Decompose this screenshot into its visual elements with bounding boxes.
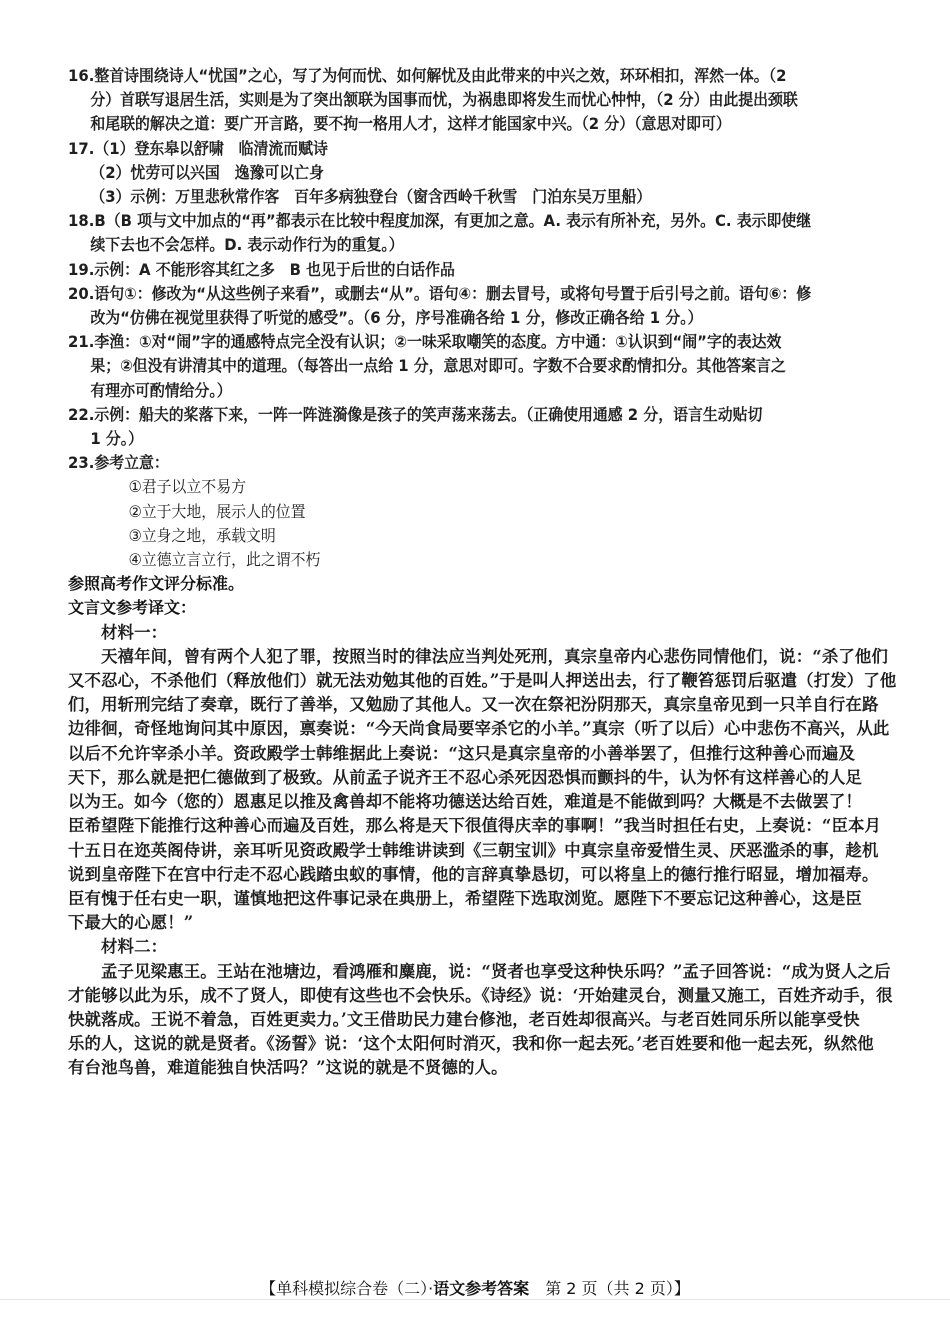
translation-line: 又不忍心，不杀他们（释放他们）就无法劝勉其他的百姓。”于是叫人押送出去，行了鞭笞… [68, 669, 878, 693]
translation-line: 边徘徊，奇怪地询问其中原因，禀奏说：“今天尚食局要宰杀它的小羊。”真宗（听了以后… [68, 717, 878, 741]
translation-line: 孟子见梁惠王。王站在池塘边，看鸿雁和麋鹿，说：“贤者也享受这种快乐吗？”孟子回答… [68, 960, 878, 984]
answer-line: 果；②但没有讲清其中的道理。（每答出一点给 1 分，意思对即可。字数不合要求酌情… [68, 354, 821, 378]
answer-line: 1 分。） [68, 427, 821, 451]
answer-line: 21.李渔：①对“闹”字的通感特点完全没有认识；②一味采取嘲笑的态度。方中通：①… [68, 330, 821, 354]
translation-line: 乐的人，这说的就是贤者。《汤誓》说：‘这个太阳何时消灭，我和你一起去死。’老百姓… [68, 1032, 878, 1056]
translation-line: 有台池鸟兽，难道能独自快活吗？”这说的就是不贤德的人。 [68, 1056, 878, 1080]
answer-line: 22.示例：船夫的桨落下来，一阵一阵涟漪像是孩子的笑声荡来荡去。（正确使用通感 … [68, 403, 821, 427]
answer-line: 17.（1）登东皋以舒啸 临清流而赋诗 [68, 137, 821, 161]
answer-23-heading: 23.参考立意： [68, 451, 821, 475]
answer-line: （2）忧劳可以兴国 逸豫可以亡身 [68, 161, 821, 185]
translation-line: 们，用斩刑完结了奏章，既行了善举，又勉励了其他人。又一次在祭祀汾阴那天，真宗皇帝… [68, 693, 878, 717]
essay-theme-item: ①君子以立不易方 [68, 475, 821, 499]
answer-line: 18.B（B 项与文中加点的“再”都表示在比较中程度加深，有更加之意。A. 表示… [68, 209, 821, 233]
answer-21: 21.李渔：①对“闹”字的通感特点完全没有认识；②一味采取嘲笑的态度。方中通：①… [68, 330, 878, 403]
translation-line: 快就落成。王说不着急，百姓更卖力。’文王借助民力建台修池，老百姓却很高兴。与老百… [68, 1008, 878, 1032]
translation-line: 臣希望陛下能推行这种善心而遍及百姓，那么将是天下很值得庆幸的事啊！”我当时担任右… [68, 814, 878, 838]
translation-line: 才能够以此为乐，成不了贤人，即使有这些也不会快乐。《诗经》说：‘开始建灵台，测量… [68, 984, 878, 1008]
answer-16: 16.整首诗围绕诗人“忧国”之心，写了为何而忧、如何解忧及由此带来的中兴之效，环… [68, 64, 878, 137]
material-2-label: 材料二： [68, 935, 878, 959]
answer-line: 有理亦可酌情给分。） [68, 379, 821, 403]
footer-subject: 语文参考答案 [433, 1279, 529, 1298]
answer-line: （3）示例：万里悲秋常作客 百年多病独登台（窗含西岭千秋雪 门泊东吴万里船） [68, 185, 821, 209]
answer-line: 19.示例：A 不能形容其红之多 B 也见于后世的白话作品 [68, 258, 821, 282]
footer-series: 【单科模拟综合卷（二）· [260, 1279, 433, 1298]
answer-17: 17.（1）登东皋以舒啸 临清流而赋诗 （2）忧劳可以兴国 逸豫可以亡身 （3）… [68, 137, 878, 210]
material-1-label: 材料一： [68, 621, 878, 645]
answer-line: 20.语句①：修改为“从这些例子来看”，或删去“从”。语句④：删去冒号，或将句号… [68, 282, 821, 306]
scoring-note: 参照高考作文评分标准。 [68, 572, 878, 596]
answer-sheet-page: 16.整首诗围绕诗人“忧国”之心，写了为何而忧、如何解忧及由此带来的中兴之效，环… [68, 64, 878, 1081]
answer-line: 续下去也不会怎样。D. 表示动作行为的重复。） [68, 233, 821, 257]
page-footer: 【单科模拟综合卷（二）·语文参考答案 第 2 页（共 2 页）】 [0, 1276, 950, 1299]
translation-line: 十五日在迩英阁侍讲，亲耳听见资政殿学士韩维讲读到《三朝宝训》中真宗皇帝爱惜生灵、… [68, 839, 878, 863]
essay-theme-item: ④立德立言立行，此之谓不朽 [68, 548, 821, 572]
translation-line: 天禧年间，曾有两个人犯了罪，按照当时的律法应当判处死刑，真宗皇帝内心悲伤同情他们… [68, 645, 878, 669]
essay-theme-item: ③立身之地，承载文明 [68, 524, 821, 548]
answer-line: 分）首联写退居生活，实则是为了突出颔联为国事而忧，为祸患即将发生而忧心忡忡，（2… [68, 88, 821, 112]
answers-section: 16.整首诗围绕诗人“忧国”之心，写了为何而忧、如何解忧及由此带来的中兴之效，环… [68, 64, 878, 572]
translation-line: 以后不允许宰杀小羊。资政殿学士韩维据此上奏说：“这只是真宗皇帝的小善举罢了，但推… [68, 742, 878, 766]
footer-divider [0, 1299, 950, 1300]
answer-23: 23.参考立意： ①君子以立不易方 ②立于大地，展示人的位置 ③立身之地，承载文… [68, 451, 878, 572]
answer-22: 22.示例：船夫的桨落下来，一阵一阵涟漪像是孩子的笑声荡来荡去。（正确使用通感 … [68, 403, 878, 451]
translation-heading: 文言文参考译文： [68, 596, 878, 620]
footer-page-number: 第 2 页（共 2 页）】 [529, 1279, 690, 1298]
answer-line: 改为“仿佛在视觉里获得了听觉的感受”。（6 分，序号准确各给 1 分，修改正确各… [68, 306, 821, 330]
essay-theme-item: ②立于大地，展示人的位置 [68, 500, 821, 524]
answer-line: 16.整首诗围绕诗人“忧国”之心，写了为何而忧、如何解忧及由此带来的中兴之效，环… [68, 64, 821, 88]
translation-line: 说到皇帝陛下在宫中行走不忍心践踏虫蚁的事情，他的言辞真挚恳切，可以将皇上的德行推… [68, 863, 878, 887]
answer-18: 18.B（B 项与文中加点的“再”都表示在比较中程度加深，有更加之意。A. 表示… [68, 209, 878, 257]
answer-20: 20.语句①：修改为“从这些例子来看”，或删去“从”。语句④：删去冒号，或将句号… [68, 282, 878, 330]
translation-line: 以为王。如今（您的）恩惠足以推及禽兽却不能将功德送达给百姓，难道是不能做到吗？大… [68, 790, 878, 814]
translation-line: 天下，那么就是把仁德做到了极致。从前孟子说齐王不忍心杀死因恐惧而颤抖的牛，认为怀… [68, 766, 878, 790]
answer-line: 和尾联的解决之道：要广开言路，要不拘一格用人才，这样才能国家中兴。（2 分）（意… [68, 112, 821, 136]
translation-section: 材料一： 天禧年间，曾有两个人犯了罪，按照当时的律法应当判处死刑，真宗皇帝内心悲… [68, 621, 878, 1081]
translation-line: 下最大的心愿！” [68, 911, 878, 935]
translation-line: 臣有愧于任右史一职，谨慎地把这件事记录在典册上，希望陛下选取浏览。愿陛下不要忘记… [68, 887, 878, 911]
answer-19: 19.示例：A 不能形容其红之多 B 也见于后世的白话作品 [68, 258, 878, 282]
